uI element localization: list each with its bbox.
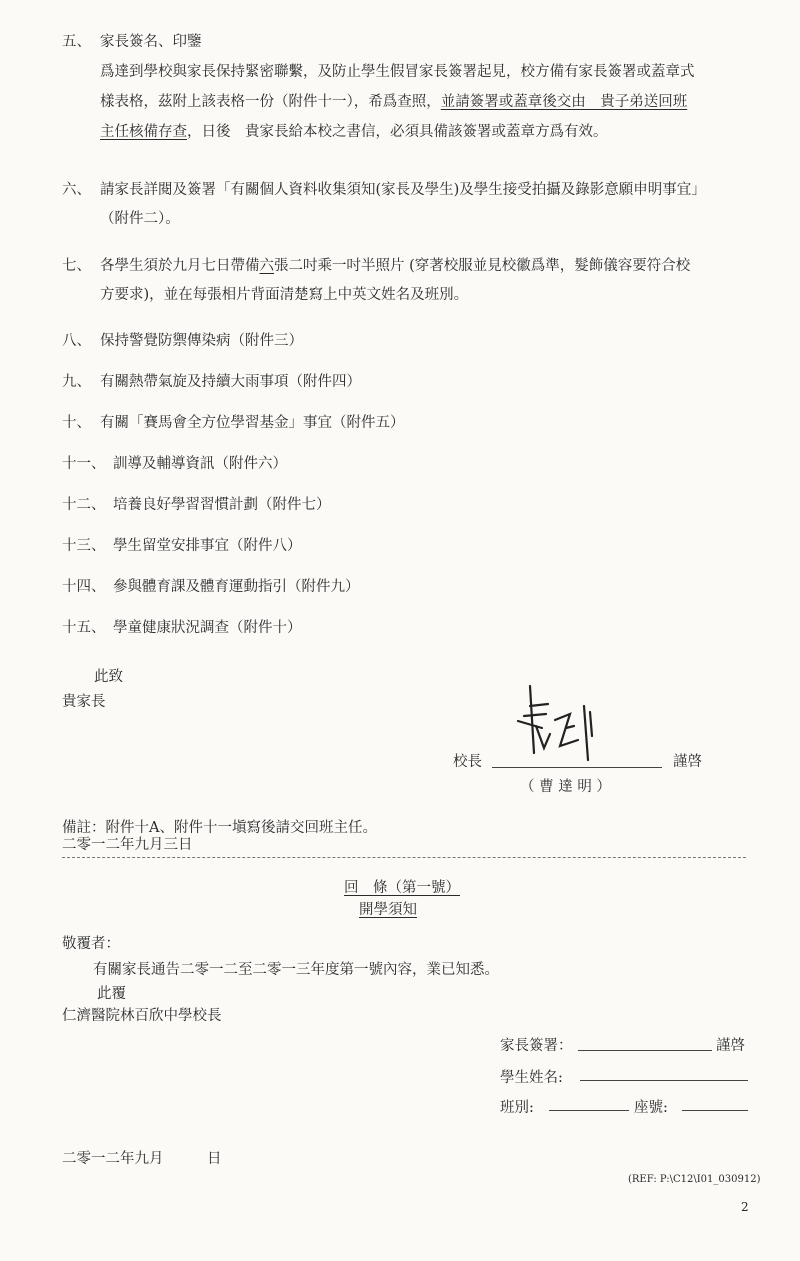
class-field[interactable]	[549, 1110, 629, 1111]
principal-signature	[500, 668, 610, 768]
item-number: 十五、	[62, 616, 106, 637]
parent-signature-label: 家長簽署：	[500, 1034, 573, 1055]
tear-off-line	[62, 857, 746, 858]
principal-title: 校長	[453, 750, 482, 771]
item-text: 學童健康狀況調查（附件十）	[113, 616, 302, 637]
parent-signature-field[interactable]	[578, 1050, 712, 1051]
section-text: 方要求)，並在每張相片背面清楚寫上中英文姓名及班別。	[100, 283, 468, 304]
item-text: 保持警覺防禦傳染病（附件三）	[100, 329, 303, 350]
section-text: 各學生須於九月七日帶備六張二吋乘一吋半照片 (穿著校服並見校徽爲準，髮飾儀容要符…	[100, 254, 690, 275]
section-number: 六、	[62, 178, 91, 199]
reply-slip-title: 回 條（第一號）	[344, 876, 460, 897]
item-number: 八、	[62, 329, 91, 350]
item-number: 九、	[62, 370, 91, 391]
reply-closing: 此覆	[97, 982, 126, 1003]
section-text: 樣表格，茲附上該表格一份（附件十一），希爲查照，並請簽署或蓋章後交由 貴子弟送回…	[100, 90, 687, 111]
seat-number-label: 座號:	[634, 1096, 668, 1117]
item-text: 參與體育課及體育運動指引（附件九）	[113, 575, 360, 596]
item-text: 學生留堂安排事宜（附件八）	[113, 534, 302, 555]
item-number: 十四、	[62, 575, 106, 596]
section-text: 爲達到學校與家長保持緊密聯繫，及防止學生假冒家長簽署起見，校方備有家長簽署或蓋章…	[100, 60, 695, 81]
section-text: （附件二）。	[100, 207, 180, 228]
class-label: 班別:	[500, 1096, 534, 1117]
section-number: 七、	[62, 254, 91, 275]
item-number: 十、	[62, 411, 91, 432]
signature-line	[492, 767, 662, 768]
item-text: 有關「賽馬會全方位學習基金」事宜（附件五）	[100, 411, 405, 432]
underlined-instruction: 主任核備存查	[100, 124, 187, 140]
reference-code: (REF: P:\C12\I01_030912)	[628, 1174, 760, 1185]
item-number: 十二、	[62, 493, 106, 514]
seat-number-field[interactable]	[682, 1110, 748, 1111]
item-number: 十一、	[62, 452, 106, 473]
recipient: 貴家長	[62, 690, 106, 711]
photo-count: 六	[260, 258, 275, 274]
section-text: 請家長詳閱及簽署「有關個人資料收集須知(家長及學生)及學生接受拍攝及錄影意願申明…	[100, 178, 706, 199]
student-name-field[interactable]	[580, 1080, 748, 1081]
underlined-instruction: 並請簽署或蓋章後交由 貴子弟送回班	[441, 94, 688, 110]
section-title: 家長簽名、印鑒	[100, 30, 202, 51]
section-text: 主任核備存查，日後 貴家長給本校之書信，必須具備該簽署或蓋章方爲有效。	[100, 120, 608, 141]
page-number: 2	[741, 1200, 749, 1214]
reply-body: 有關家長通告二零一二至二零一三年度第一號內容，業已知悉。	[93, 958, 499, 979]
parent-signature-suffix: 謹啓	[716, 1034, 745, 1055]
salutation: 此致	[94, 665, 123, 686]
reply-slip-subtitle: 開學須知	[359, 898, 417, 919]
section-number: 五、	[62, 30, 91, 51]
item-text: 訓導及輔導資訊（附件六）	[113, 452, 287, 473]
respectfully: 謹啓	[673, 750, 702, 771]
reply-addressee: 仁濟醫院林百欣中學校長	[62, 1004, 222, 1025]
notice-date: 二零一二年九月三日	[62, 833, 193, 854]
reply-date: 二零一二年九月 日	[62, 1147, 222, 1168]
student-name-label: 學生姓名:	[500, 1066, 563, 1087]
item-text: 培養良好學習習慣計劃（附件七）	[113, 493, 331, 514]
principal-name: （ 曹 達 明 ）	[520, 775, 611, 796]
reply-greeting: 敬覆者：	[62, 932, 120, 953]
item-text: 有關熱帶氣旋及持續大雨事項（附件四）	[100, 370, 361, 391]
item-number: 十三、	[62, 534, 106, 555]
